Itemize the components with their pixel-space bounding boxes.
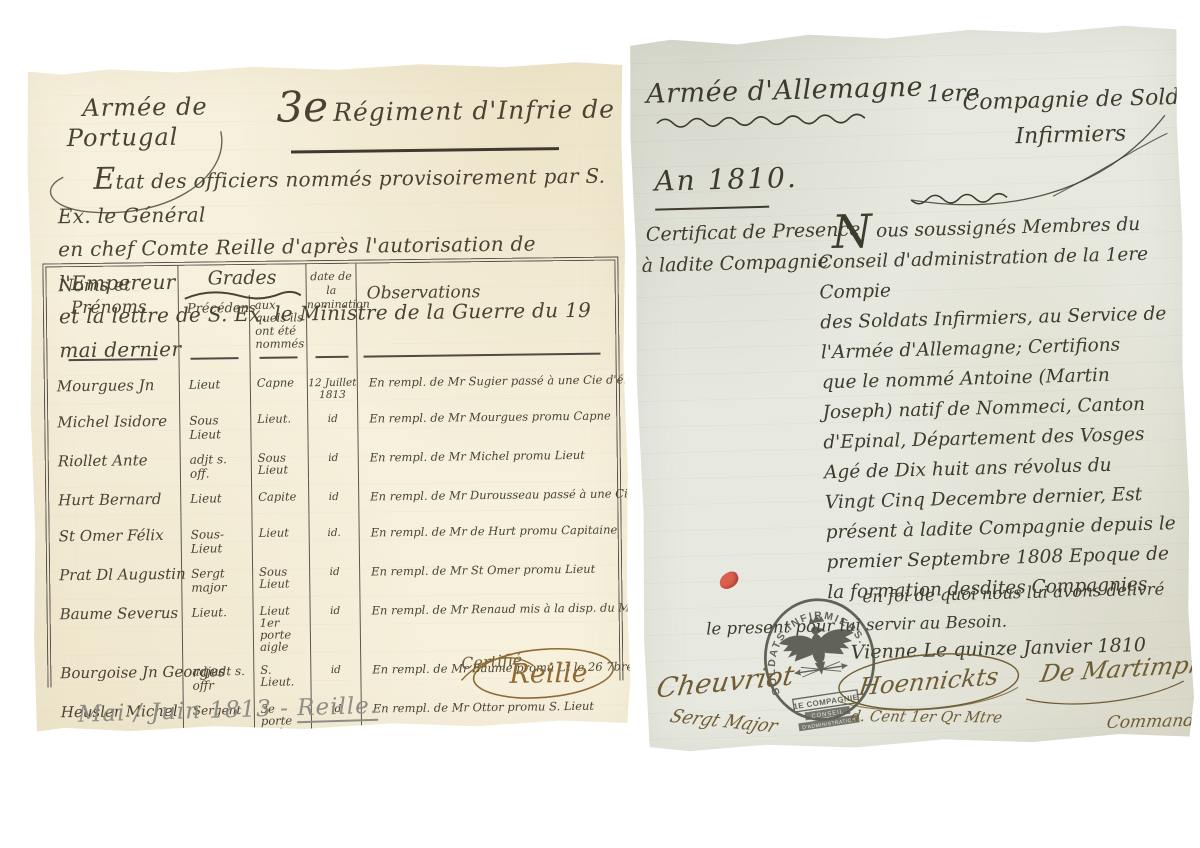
header-names-line2: Prénoms bbox=[71, 296, 176, 319]
cell-name: Bourgoise Jn Georges bbox=[51, 654, 183, 695]
cell-previous-grade: Sous Lieut bbox=[180, 402, 251, 442]
cell-name: Hurt Bernard bbox=[49, 481, 181, 519]
header-grade-previous: Précédens bbox=[179, 295, 251, 352]
cell-previous-grade: Sergt major bbox=[182, 555, 253, 595]
body-first-line: ous soussignés Membres du bbox=[876, 214, 1141, 242]
army-label-wavy-underline bbox=[655, 111, 875, 131]
cell-observation: En rempl. de Mr Michel promu Lieut bbox=[359, 436, 617, 478]
year-label: An 1810. bbox=[654, 161, 798, 198]
cell-new-grade: Sous Lieut bbox=[253, 554, 310, 594]
cell-date: id bbox=[309, 479, 359, 516]
column-header-grades-group: Grades Précédens aux quels ils ont été n… bbox=[178, 264, 307, 352]
cell-observation: En rempl. de Mr de Hurt promu Capitaine bbox=[359, 511, 621, 553]
cell-observation: En rempl. de Mr Sugier passé à une Cie d… bbox=[358, 361, 647, 401]
cell-new-grade: Capite bbox=[252, 479, 309, 516]
cell-date: id bbox=[310, 593, 361, 653]
title-regiment-number: 3e bbox=[276, 82, 328, 132]
cell-date: id bbox=[309, 440, 359, 480]
army-corner-line1: Armée de bbox=[82, 91, 208, 123]
reille-signature-text: Reille bbox=[508, 658, 588, 690]
cell-new-grade: S. Lieut. bbox=[254, 652, 311, 692]
cell-new-grade: Lieut bbox=[252, 515, 309, 555]
cell-previous-grade: adjudt s. offr bbox=[183, 653, 254, 693]
cell-new-grade: Sous Lieut bbox=[252, 440, 309, 480]
signature-commandant-title: Commandant bbox=[1105, 710, 1200, 733]
column-header-names: Noms et Prénoms bbox=[46, 266, 179, 354]
cell-previous-grade: Lieut bbox=[181, 480, 252, 517]
pencil-note-name: Reille. bbox=[297, 693, 379, 723]
cell-previous-grade: Lieut bbox=[180, 366, 251, 403]
cell-new-grade: Capne bbox=[251, 365, 308, 402]
cell-observation: En rempl. de Mr St Omer promu Lieut bbox=[360, 550, 618, 592]
cell-name: Michel Isidore bbox=[48, 403, 180, 444]
cell-new-grade: Lieut. bbox=[251, 401, 308, 441]
header-grades-label: Grades bbox=[178, 264, 305, 290]
company-label-line1: Compagnie de Soldats bbox=[962, 84, 1200, 116]
separator-cell bbox=[307, 350, 357, 366]
table-header-row: Noms et Prénoms Grades Précédens aux que… bbox=[46, 261, 615, 354]
separator-cell bbox=[179, 351, 250, 367]
scan-background: Armée de Portugal 3e Régiment d'Infrie d… bbox=[0, 0, 1200, 848]
cell-new-grade: Lieut 1er porte aigle bbox=[253, 593, 311, 653]
header-names-line1: Noms et bbox=[58, 274, 175, 297]
title-underline bbox=[291, 147, 559, 153]
intro-line: Etat des officiers nommés provisoirement… bbox=[57, 157, 614, 234]
cell-name: Riollet Ante bbox=[49, 442, 181, 483]
certificate-body: Nous soussignés Membres du Conseil d'adm… bbox=[818, 209, 1194, 608]
cell-observation: En rempl. de Mr Mourgues promu Capne bbox=[358, 397, 616, 439]
signature-sergeant-major-title: Sergt Major bbox=[667, 706, 781, 738]
cell-previous-grade: Lieut. bbox=[182, 594, 254, 654]
signature-quartermaster-title: d. Cent 1er Qr Mtre bbox=[849, 707, 1003, 726]
officers-table: Noms et Prénoms Grades Précédens aux que… bbox=[42, 256, 623, 687]
red-wax-mark bbox=[717, 569, 742, 591]
cell-date: id. bbox=[309, 515, 359, 555]
margin-note-line2: à ladite Compagnie bbox=[641, 250, 829, 277]
commandant-signature-flourish bbox=[1024, 675, 1190, 709]
cell-date: id bbox=[311, 652, 361, 692]
separator-cell bbox=[250, 350, 307, 366]
separator-cell bbox=[47, 352, 179, 369]
cell-name: Baume Severus bbox=[50, 595, 183, 656]
grades-brace-flourish bbox=[183, 288, 303, 301]
cell-date: id bbox=[310, 554, 360, 594]
column-header-date: date de la nomination bbox=[306, 264, 357, 351]
header-army-label: Armée d'Allemagne bbox=[646, 72, 924, 110]
cell-name: St Omer Félix bbox=[49, 517, 181, 558]
cell-previous-grade: adjt s. off. bbox=[181, 441, 252, 481]
cell-observation: En rempl. de Mr Durousseau passé à une C… bbox=[359, 475, 678, 515]
cell-date: 12 Juillet 1813 bbox=[308, 365, 358, 402]
grades-subcolumns: Précédens aux quels ils ont été nommés bbox=[179, 294, 307, 350]
year-underline bbox=[655, 206, 769, 210]
cell-date: id bbox=[308, 401, 358, 441]
cell-name: Mourgues Jn bbox=[48, 367, 180, 405]
cell-name: Prat Dl Augustin bbox=[50, 556, 182, 597]
cell-previous-grade: Sous-Lieut bbox=[181, 516, 252, 556]
document-left-regiment-list: Armée de Portugal 3e Régiment d'Infrie d… bbox=[26, 60, 632, 733]
reille-signature: Reille bbox=[451, 634, 622, 708]
column-header-observations: Observations bbox=[356, 261, 615, 350]
document-right-certificate: Armée d'Allemagne 1ere Compagnie de Sold… bbox=[627, 23, 1198, 755]
body-line: Conseil d'administration de la 1ere Comp… bbox=[818, 239, 1185, 309]
header-grade-new: aux quels ils ont été nommés bbox=[250, 294, 307, 351]
